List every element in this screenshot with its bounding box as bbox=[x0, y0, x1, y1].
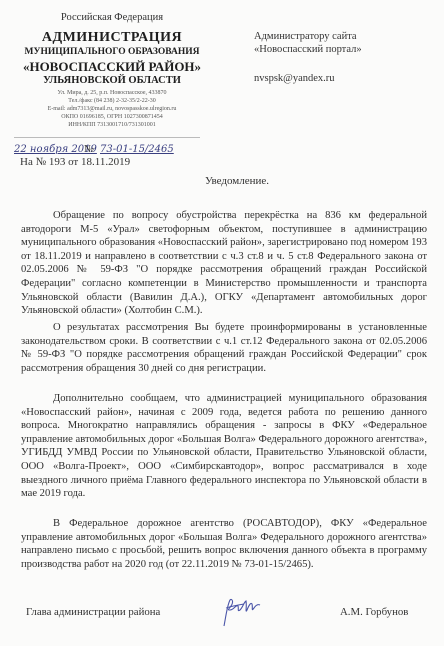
signature-icon bbox=[218, 596, 268, 628]
paragraph-text: Обращение по вопросу обустройства перекр… bbox=[21, 209, 427, 318]
letterhead-address: Ул. Мира, д. 25, р.п. Новоспасское, 4338… bbox=[14, 90, 210, 98]
paragraph-text: В Федеральное дорожное агентство (РОСАВТ… bbox=[21, 517, 427, 571]
addressee-line2: «Новоспасский портал» bbox=[254, 43, 362, 56]
outgoing-number: 73-01-15/2465 bbox=[100, 144, 174, 155]
letterhead-title: АДМИНИСТРАЦИЯ bbox=[14, 30, 210, 46]
paragraph-text: Дополнительно сообщаем, что администраци… bbox=[21, 392, 427, 501]
letterhead-region: УЛЬЯНОВСКОЙ ОБЛАСТИ bbox=[14, 75, 210, 86]
body-paragraph: О результатах рассмотрения Вы будете про… bbox=[21, 321, 427, 375]
letterhead-subtitle: МУНИЦИПАЛЬНОГО ОБРАЗОВАНИЯ bbox=[14, 47, 210, 57]
letterhead-district: «НОВОСПАССКИЙ РАЙОН» bbox=[14, 59, 210, 75]
letterhead-country: Российская Федерация bbox=[14, 12, 210, 23]
addressee-email: nvspsk@yandex.ru bbox=[254, 73, 335, 84]
body-paragraph: Дополнительно сообщаем, что администраци… bbox=[21, 392, 427, 501]
body-paragraph: В Федеральное дорожное агентство (РОСАВТ… bbox=[21, 517, 427, 571]
letterhead-divider bbox=[14, 137, 200, 138]
letterhead-phone: Тел./факс (84 238) 2-32-35/2-22-30 bbox=[14, 98, 210, 106]
reference-number: На № 193 от 18.11.2019 bbox=[20, 156, 130, 168]
letterhead-email: E-mail: adm7313@mail.ru, novospasskoe.ul… bbox=[14, 106, 210, 114]
signatory-name: А.М. Горбунов bbox=[340, 606, 408, 618]
signatory-position: Глава администрации района bbox=[26, 606, 160, 618]
notice-title: Уведомление. bbox=[205, 175, 269, 187]
letterhead-inn: ИНН/КПП 7313001710/731301001 bbox=[14, 122, 210, 130]
outgoing-number-sign: № bbox=[84, 144, 94, 155]
body-paragraph: Обращение по вопросу обустройства перекр… bbox=[21, 209, 427, 318]
paragraph-text: О результатах рассмотрения Вы будете про… bbox=[21, 321, 427, 375]
letterhead-okpo: ОКПО 01696185, ОГРН 1027300871454 bbox=[14, 114, 210, 122]
addressee-line1: Администратору сайта bbox=[254, 30, 362, 43]
addressee: Администратору сайта «Новоспасский порта… bbox=[254, 30, 362, 56]
